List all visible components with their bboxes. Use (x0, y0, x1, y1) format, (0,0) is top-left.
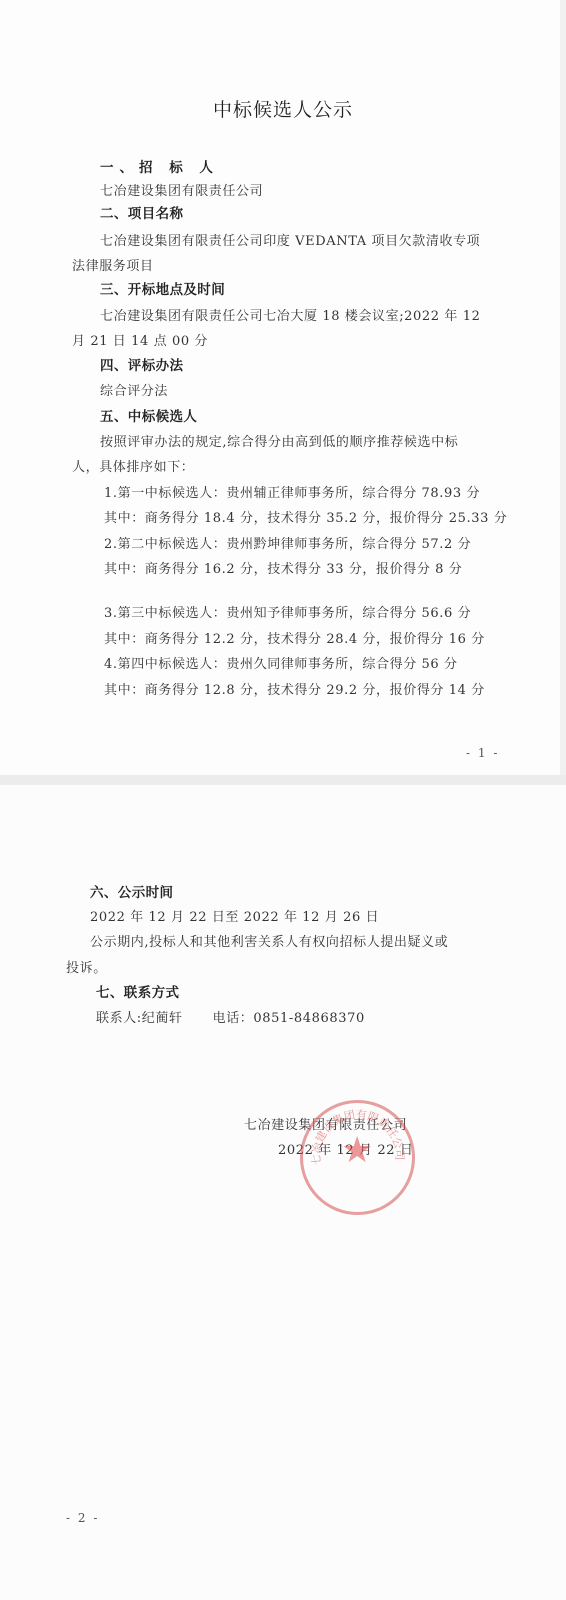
section-heading-publicity-period: 六、公示时间 (90, 885, 173, 901)
publicity-note-line-1: 公示期内,投标人和其他利害关系人有权向招标人提出疑义或 (90, 935, 448, 951)
evaluation-method: 综合评分法 (100, 384, 168, 400)
section-heading-project-name: 二、项目名称 (100, 206, 183, 222)
candidate-total-score: 综合得分 57.2 分 (362, 537, 471, 552)
document-page-1: 中标候选人公示 一、招 标 人 七冶建设集团有限责任公司 二、项目名称 七冶建设… (0, 0, 566, 775)
page-title: 中标候选人公示 (0, 95, 566, 122)
opening-place-line-1: 七冶建设集团有限责任公司七冶大厦 18 楼会议室;2022 年 12 (100, 309, 480, 325)
candidate-total-score: 综合得分 78.93 分 (362, 486, 480, 501)
candidates-intro-line-2: 人，具体排序如下： (72, 460, 194, 476)
candidate-2: 2.第二中标候选人：贵州黔坤律师事务所，综合得分 57.2 分 (104, 537, 471, 553)
candidate-4-score-detail: 其中：商务得分 12.8 分，技术得分 29.2 分，报价得分 14 分 (104, 683, 485, 699)
candidate-rank-label: 2.第二中标候选人： (104, 537, 226, 552)
candidate-name: 贵州辅正律师事务所 (226, 486, 348, 501)
publicity-period-dates: 2022 年 12 月 22 日至 2022 年 12 月 26 日 (90, 910, 379, 926)
candidate-total-score: 综合得分 56 分 (362, 657, 457, 672)
tenderer-name: 七冶建设集团有限责任公司 (100, 184, 263, 200)
candidate-2-score-detail: 其中：商务得分 16.2 分，技术得分 33 分，报价得分 8 分 (104, 562, 462, 578)
candidate-name: 贵州知予律师事务所 (226, 606, 348, 621)
project-name-line-1: 七冶建设集团有限责任公司印度 VEDANTA 项目欠款清收专项 (100, 234, 480, 250)
page-number: - 2 - (66, 1511, 99, 1525)
section-heading-opening-place-time: 三、开标地点及时间 (100, 282, 225, 298)
document-page-2: 六、公示时间 2022 年 12 月 22 日至 2022 年 12 月 26 … (0, 785, 566, 1600)
candidate-name: 贵州久同律师事务所 (226, 657, 348, 672)
contact-phone: 电话：0851-84868370 (213, 1011, 365, 1026)
candidates-intro-line-1: 按照评审办法的规定,综合得分由高到低的顺序推荐候选中标 (100, 435, 458, 451)
section-heading-evaluation-method: 四、评标办法 (100, 358, 183, 374)
candidate-rank-label: 4.第四中标候选人： (104, 657, 226, 672)
candidate-name: 贵州黔坤律师事务所 (226, 537, 348, 552)
section-heading-candidates: 五、中标候选人 (100, 409, 197, 425)
opening-place-line-2: 月 21 日 14 点 00 分 (72, 334, 208, 350)
contact-person: 联系人:纪蔺轩 (96, 1011, 183, 1026)
candidate-rank-label: 1.第一中标候选人： (104, 486, 226, 501)
page-separator (0, 775, 566, 785)
publicity-note-line-2: 投诉。 (66, 961, 107, 977)
candidate-rank-label: 3.第三中标候选人： (104, 606, 226, 621)
project-name-line-2: 法律服务项目 (72, 259, 154, 275)
signature-company: 七冶建设集团有限责任公司 (244, 1118, 407, 1134)
candidate-3-score-detail: 其中：商务得分 12.2 分，技术得分 28.4 分，报价得分 16 分 (104, 632, 485, 648)
candidate-1-score-detail: 其中：商务得分 18.4 分，技术得分 35.2 分，报价得分 25.33 分 (104, 511, 507, 527)
section-heading-tenderer: 一、招 标 人 (100, 160, 219, 176)
page-number: - 1 - (466, 746, 499, 760)
candidate-4: 4.第四中标候选人：贵州久同律师事务所，综合得分 56 分 (104, 657, 458, 673)
contact-info: 联系人:纪蔺轩电话：0851-84868370 (96, 1011, 365, 1027)
signature-date: 2022 年 12 月 22 日 (278, 1143, 413, 1159)
candidate-1: 1.第一中标候选人：贵州辅正律师事务所，综合得分 78.93 分 (104, 486, 480, 502)
section-heading-contact: 七、联系方式 (96, 985, 179, 1001)
candidate-total-score: 综合得分 56.6 分 (362, 606, 471, 621)
candidate-3: 3.第三中标候选人：贵州知予律师事务所，综合得分 56.6 分 (104, 606, 471, 622)
